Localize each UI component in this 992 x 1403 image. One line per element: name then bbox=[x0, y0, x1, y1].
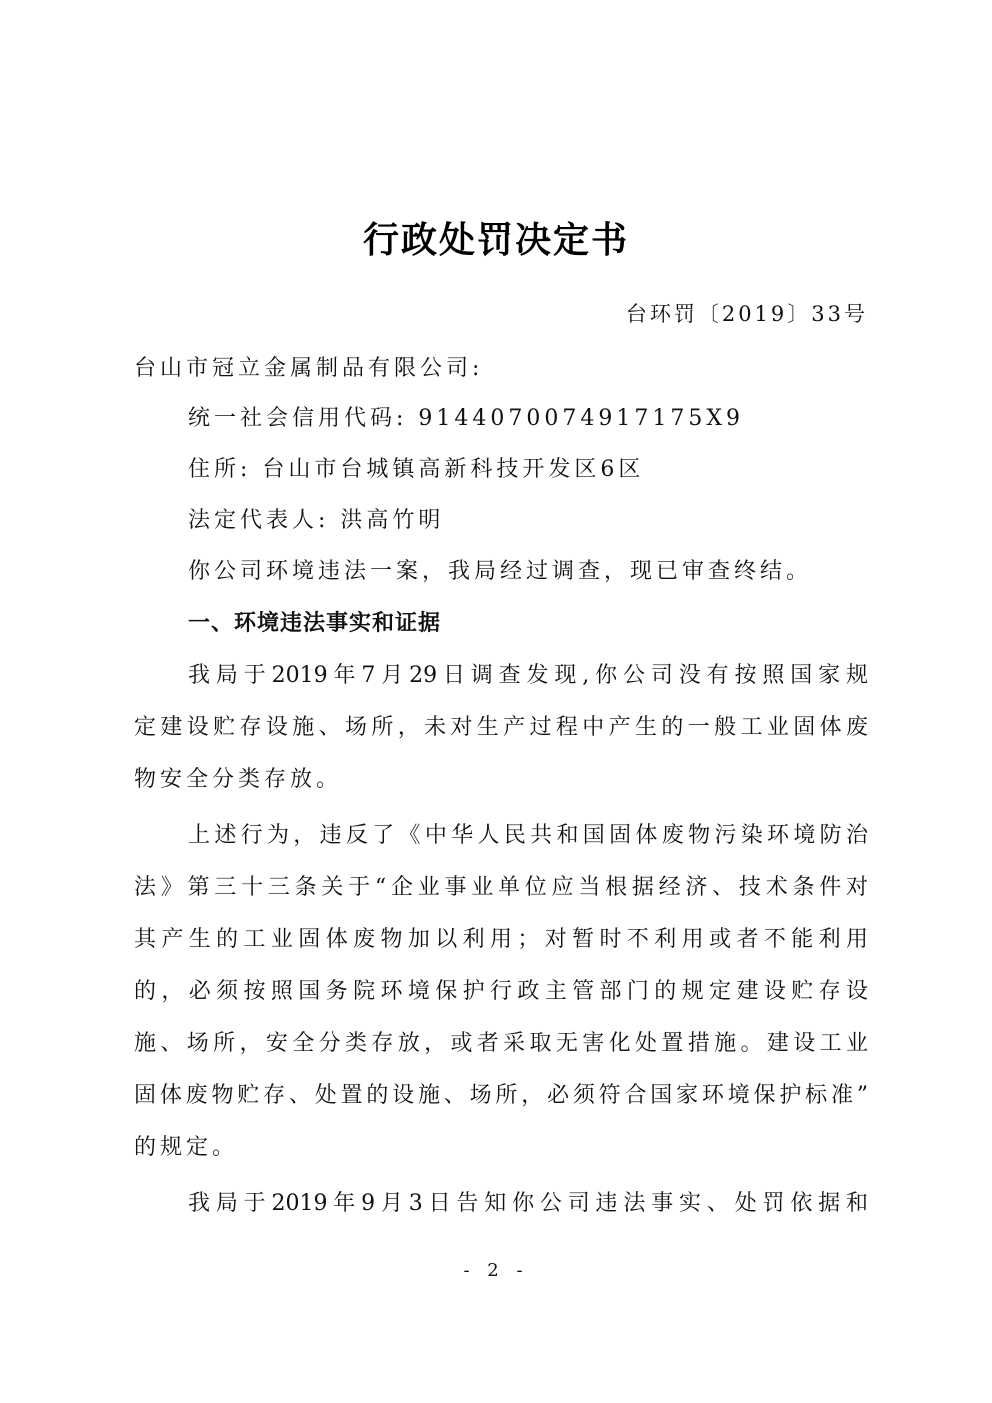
page-number: - 2 - bbox=[0, 1256, 992, 1286]
paragraph-line: 固体废物贮存、处置的设施、场所，必须符合国家环境保护标准” bbox=[134, 1078, 868, 1114]
paragraph-line: 我局于2019年9月3日告知你公司违法事实、处罚依据和 bbox=[188, 1186, 868, 1222]
intro-statement: 你公司环境违法一案，我局经过调查，现已审查终结。 bbox=[188, 554, 812, 590]
paragraph-line: 的规定。 bbox=[134, 1130, 238, 1166]
document-title: 行政处罚决定书 bbox=[0, 214, 992, 266]
section-heading-1: 一、环境违法事实和证据 bbox=[188, 606, 441, 642]
address: 住所: 台山市台城镇高新科技开发区6区 bbox=[188, 452, 644, 488]
paragraph-line: 其产生的工业固体废物加以利用；对暂时不利用或者不能利用 bbox=[134, 922, 868, 958]
paragraph-line: 上述行为，违反了《中华人民共和国固体废物污染环境防治 bbox=[188, 818, 868, 854]
paragraph-line: 的，必须按照国务院环境保护行政主管部门的规定建设贮存设 bbox=[134, 974, 868, 1010]
document-page: 行政处罚决定书 台环罚〔2019〕33号 台山市冠立金属制品有限公司: 统一社会… bbox=[0, 0, 992, 1403]
legal-representative: 法定代表人: 洪高竹明 bbox=[188, 503, 444, 539]
paragraph-line: 施、场所，安全分类存放，或者采取无害化处置措施。建设工业 bbox=[134, 1026, 868, 1062]
paragraph-line: 我局于2019年7月29日调查发现,你公司没有按照国家规 bbox=[188, 658, 868, 694]
paragraph-line: 法》第三十三条关于“企业事业单位应当根据经济、技术条件对 bbox=[134, 870, 868, 906]
paragraph-line: 物安全分类存放。 bbox=[134, 762, 342, 798]
document-number: 台环罚〔2019〕33号 bbox=[626, 296, 868, 332]
recipient-name: 台山市冠立金属制品有限公司: bbox=[134, 351, 483, 387]
credit-code: 统一社会信用代码: 9144070074917175X9 bbox=[188, 401, 744, 437]
paragraph-line: 定建设贮存设施、场所，未对生产过程中产生的一般工业固体废 bbox=[134, 710, 868, 746]
